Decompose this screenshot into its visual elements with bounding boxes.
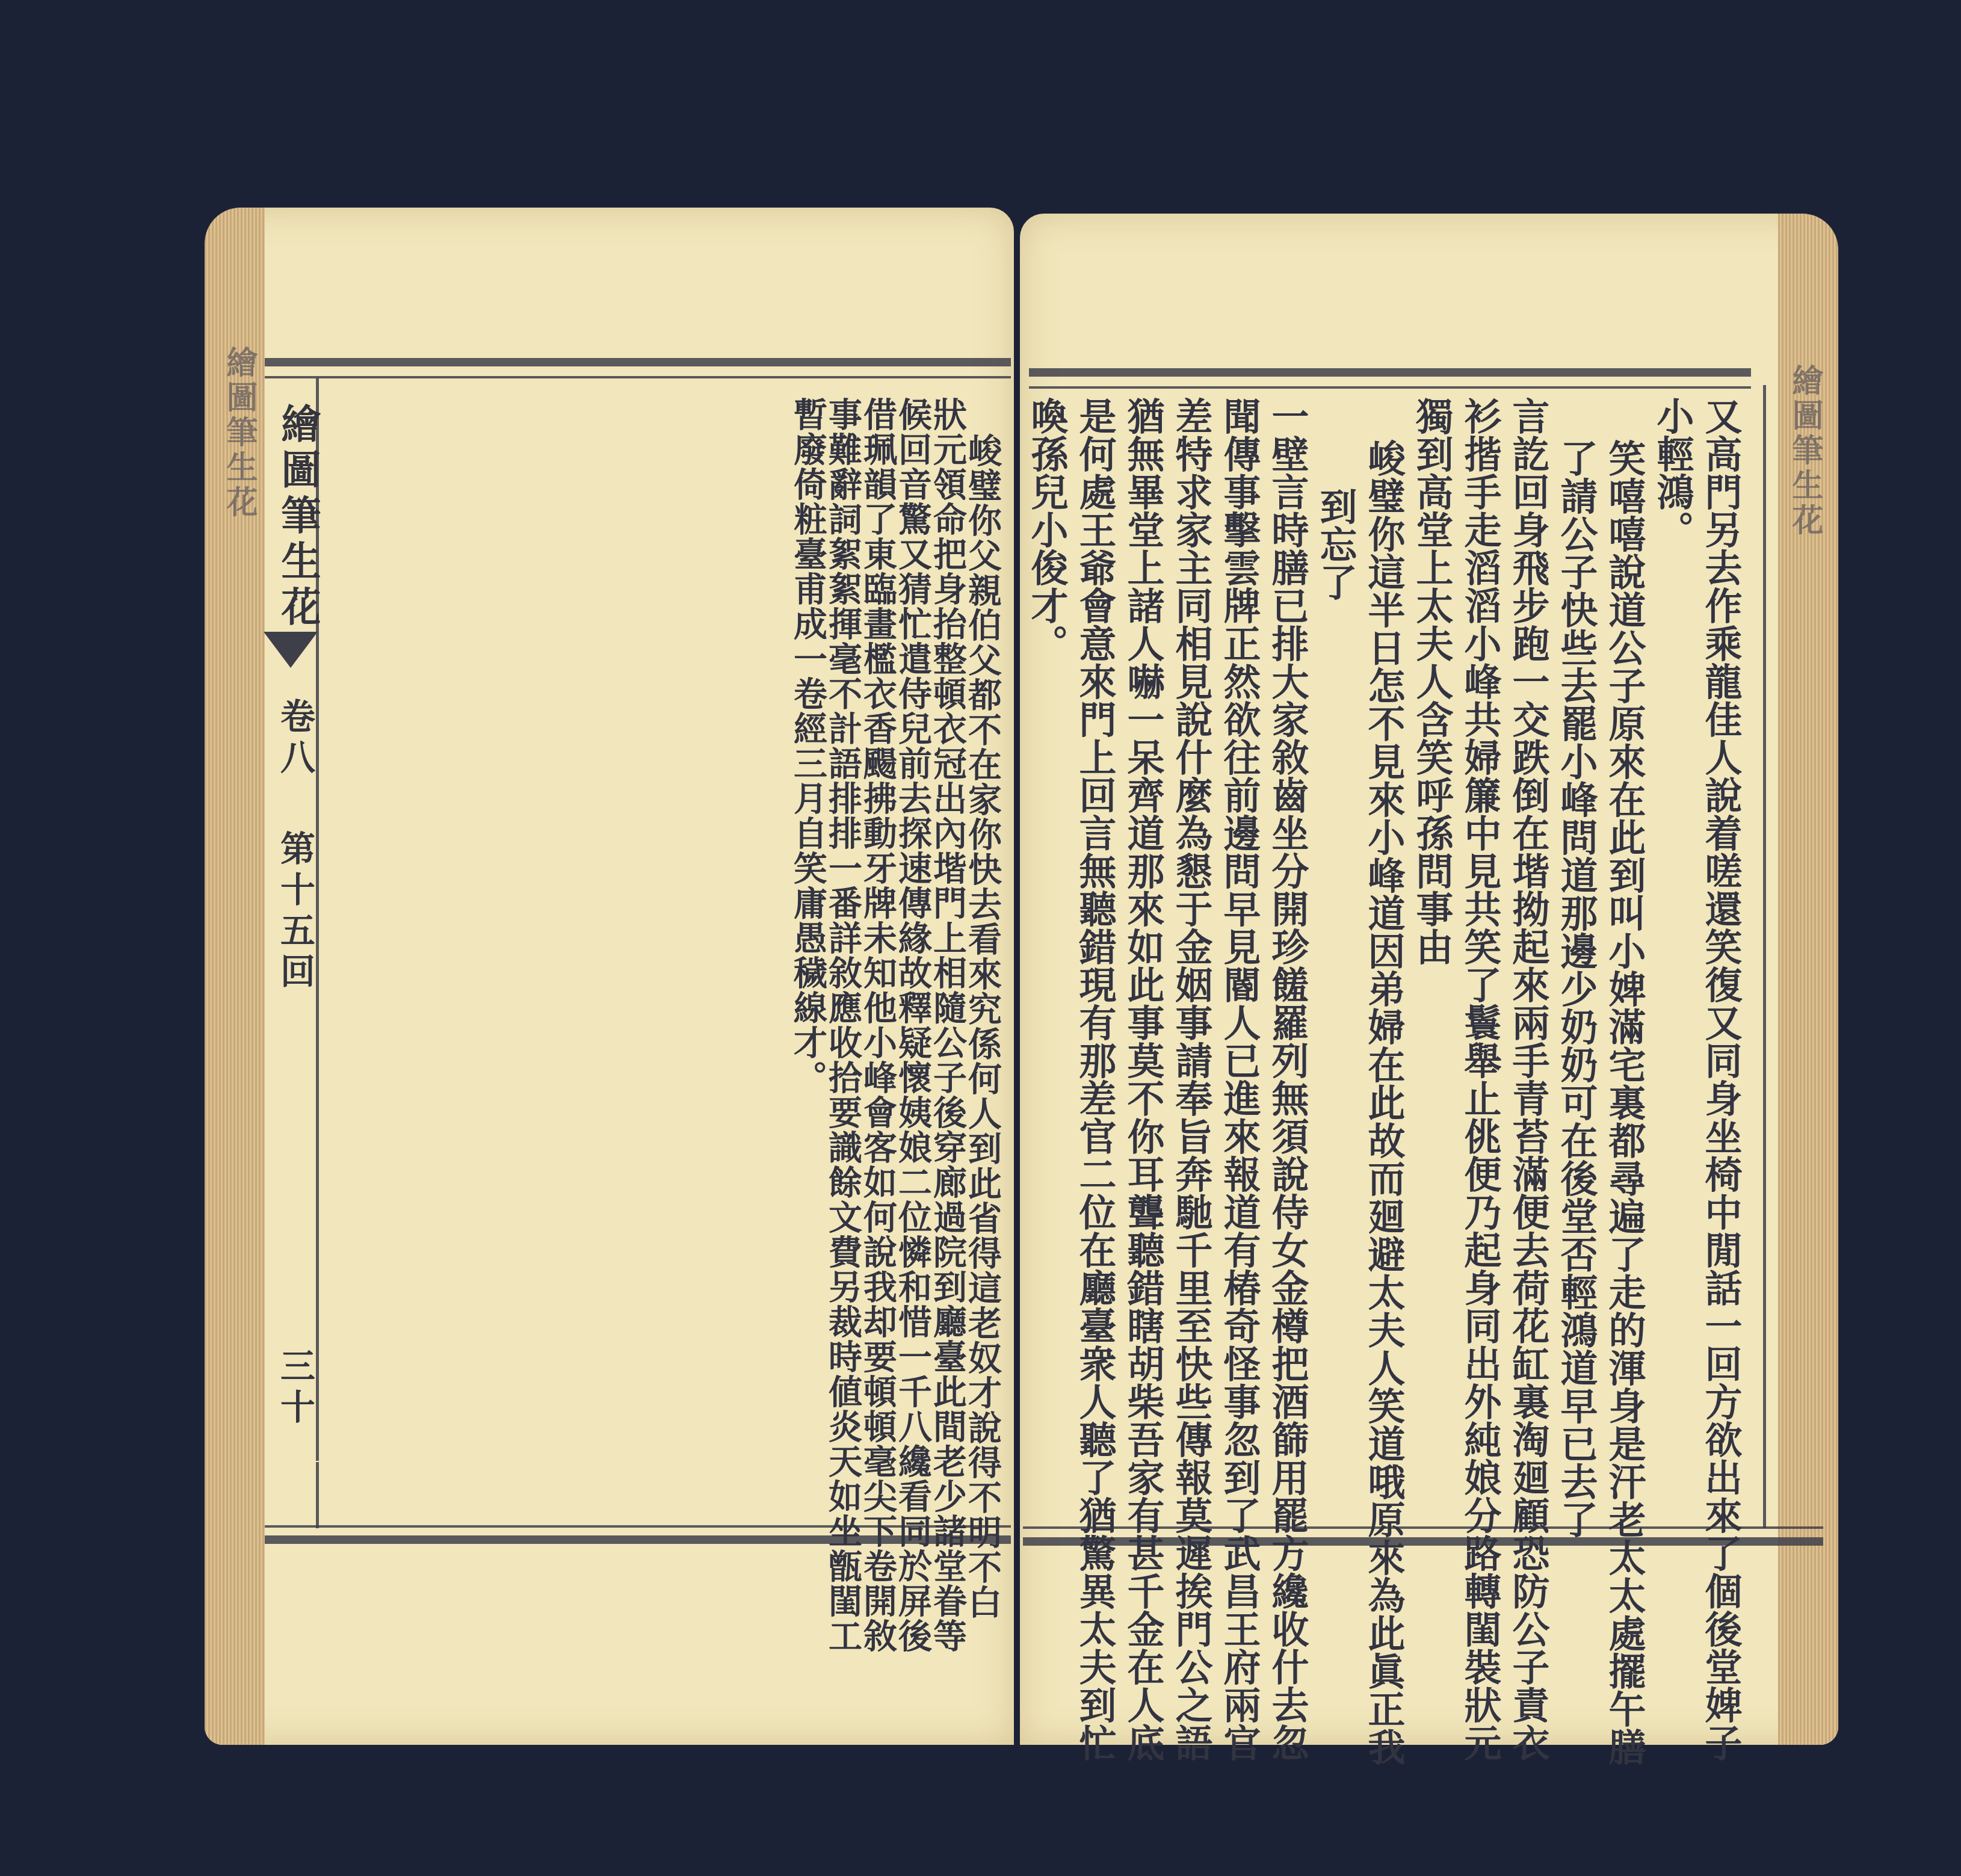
- text-column: 借珮韻了東臨畫檻衣香颺拂動牙牌未知他小峰會客如何說我却要頓頓毫尖下卷開敘: [858, 397, 898, 1653]
- text-column: 事難辭詞絮絮揮毫不計語排排一番詳敘應收拾要識餘文費另裁時値炎天如坐甑閨工: [823, 397, 863, 1653]
- top-border: [265, 358, 1011, 366]
- banxin-rule-lower: [316, 1462, 319, 1528]
- text-column: 言訖回身飛步跑一交跌倒在堦拗起來兩手青苔滿便去荷花缸裏淘廻顧恐防公子責衣: [1504, 397, 1551, 1762]
- text-column: 峻璧你這半日怎不見來小峰道因弟婦在此故而廻避太夫人笑道哦原來為此眞正我: [1360, 439, 1407, 1766]
- text-column: 喚孫兒小俊才。: [1023, 397, 1070, 662]
- top-border: [1029, 368, 1751, 377]
- text-column: 差特求家主同相見說什麼為懇于金姻事請奉旨奔馳千里至快些傳報莫遲挨門公之語: [1167, 397, 1214, 1762]
- text-column: 峻璧你父親伯父都不在家你快去看來究係何人到此省得這老奴才說得不明不白: [963, 433, 1002, 1620]
- bleed-through-title: 繪圖筆生花: [217, 346, 262, 520]
- chapter-label: 第十五回: [270, 830, 320, 994]
- text-column: 聞傳事擊雲牌正然欲往前邊問早見閽人已進來報道有椿奇怪事忽到了武昌王府兩官: [1215, 397, 1262, 1762]
- volume-label: 卷八: [270, 698, 320, 780]
- text-column: 獨到高堂上太夫人含笑呼孫問事由: [1408, 397, 1455, 966]
- top-border-inner: [1029, 386, 1751, 389]
- text-column: 笑嘻嘻說道公子原來在此到叫小婢滿宅裏都尋遍了走的渾身是汗老太太處擺午膳: [1601, 439, 1648, 1766]
- text-column: 暫廢倚粧臺甫成一卷經三月自笑庸愚穢線才。: [788, 397, 828, 1095]
- text-column: 狀元領命把身抬整頓衣冠出內堦門上相隨公子後穿廊過院到廳臺此間老少諸堂眷等: [928, 397, 968, 1653]
- page-number: 三十: [270, 1348, 320, 1430]
- frame-right-rule: [1763, 385, 1766, 1528]
- text-column: 衫揩手走滔滔小峰共婦簾中見共笑了鬟舉止佻便乃起身同出外純娘分路轉閨裝狀元: [1456, 397, 1503, 1762]
- top-border-inner: [265, 376, 1011, 378]
- text-column: 猶無畢堂上諸人嚇一呆齊道那來如此事莫不你耳聾聽錯瞎胡柴吾家有甚千金在人底: [1119, 397, 1166, 1762]
- text-column: 到忘了: [1312, 487, 1359, 601]
- text-column: 是何處王爺會意來門上回言無聽錯現有那差官二位在廳臺衆人聽了猶驚異太夫到忙: [1071, 397, 1118, 1762]
- bleed-through-title: 繪圖筆生花: [1782, 364, 1827, 538]
- fishtail-mark: [264, 632, 318, 668]
- text-column: 小輕鴻。: [1649, 397, 1696, 549]
- text-column: 一壁言時膳已排大家敘齒坐分開珍饈羅列無須說侍女金樽把酒篩用罷方纔收什去忽: [1264, 397, 1311, 1762]
- book-title: 繪圖筆生花: [270, 403, 327, 632]
- text-column: 候回音驚又猜忙遣侍兒前去探速傳緣故釋疑懷姨娘二位憐和惜一千八纔看同於屏後: [893, 397, 933, 1653]
- text-column: 又高門另去作乘龍佳人說着嗟還笑復又同身坐椅中閒話一回方欲出來了個後堂婢子: [1697, 397, 1744, 1762]
- text-column: 了請公子快些去罷小峰問道那邊少奶奶可在後堂否輕鴻道早已去了: [1552, 439, 1599, 1538]
